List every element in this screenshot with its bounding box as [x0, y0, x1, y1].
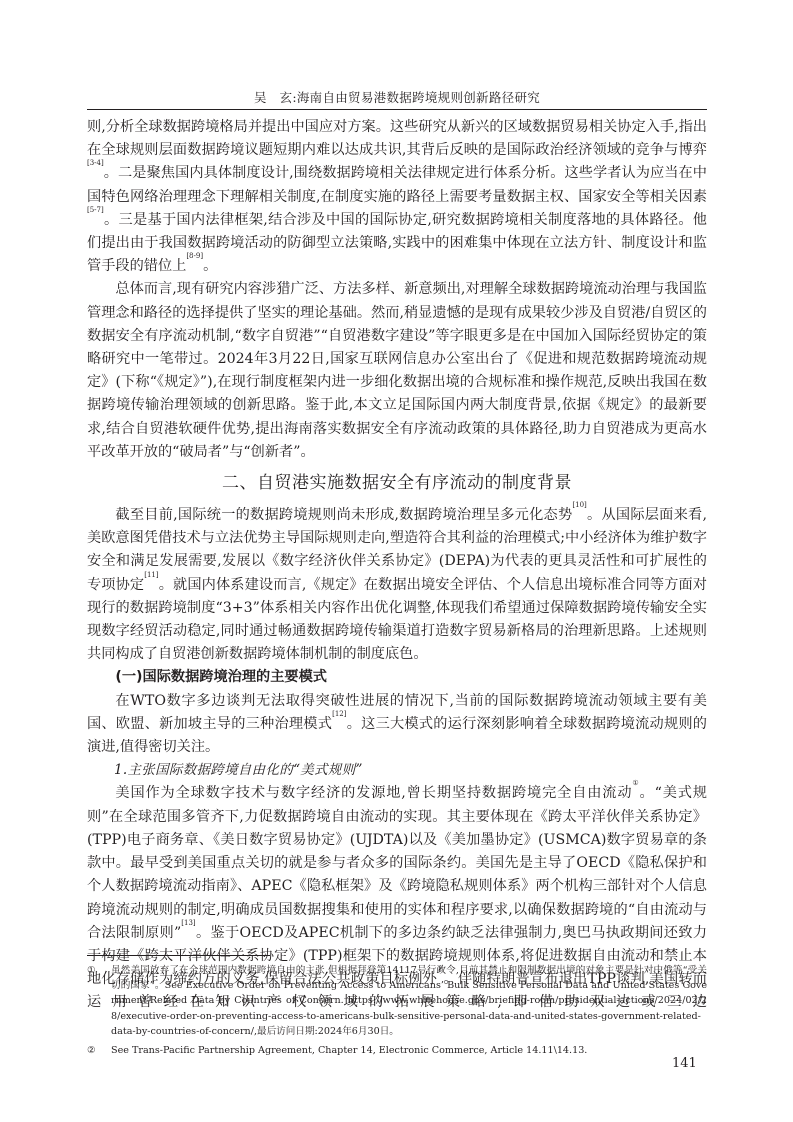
text-run: 总体而言,现有研究内容涉猎广泛、方法多样、新意频出,对理解全球数据跨境流动治理与… [87, 281, 707, 459]
text-run: 。就国内体系建设而言,《规定》在数据出境安全评估、个人信息出境标准合同等方面对现… [87, 577, 707, 663]
paragraph-three-models: 在WTO数字多边谈判无法取得突破性进展的情况下,当前的国际数据跨境流动领域主要有… [87, 690, 707, 760]
text-run: 。三是基于国内法律框架,结合涉及中国的国际协定,研究数据跨境相关制度落地的具体路… [87, 212, 707, 274]
footnote-text: 虽然美国放弃了在全球范围内数据跨境自由的主张,但根据拜登第14117号行政令,目… [111, 963, 707, 1039]
citation[interactable]: [8-9] [186, 252, 203, 260]
subsection-heading: (一)国际数据跨境治理的主要模式 [87, 666, 707, 689]
paragraph-summary: 总体而言,现有研究内容涉猎广泛、方法多样、新意频出,对理解全球数据跨境流动治理与… [87, 278, 707, 464]
citation[interactable]: [12] [332, 710, 346, 718]
article-body: 则,分析全球数据跨境格局并提出中国应对方案。这些研究从新兴的区域数据贸易相关协定… [87, 116, 707, 1015]
section-heading: 二、自贸港实施数据安全有序流动的制度背景 [87, 470, 707, 496]
page-number: 141 [672, 1056, 697, 1071]
paragraph-background: 截至目前,国际统一的数据跨境规则尚未形成,数据跨境治理呈多元化态势[10]。从国… [87, 504, 707, 666]
header-rule [87, 109, 707, 110]
subsubsection-heading: 1.主张国际数据跨境自由化的“美式规则” [87, 759, 707, 782]
text-run: 。“美式规则”在全球范围多管齐下,力促数据跨境自由流动的实现。其主要体现在《跨太… [87, 785, 707, 940]
citation[interactable]: [11] [144, 571, 158, 579]
footnote-1: ① 虽然美国放弃了在全球范围内数据跨境自由的主张,但根据拜登第14117号行政令… [87, 963, 707, 1039]
running-head-text: 吴 玄:海南自由贸易港数据跨境规则创新路径研究 [254, 90, 540, 105]
footnote-text: See Trans-Pacific Partnership Agreement,… [111, 1043, 707, 1058]
text-run: 截至目前,国际统一的数据跨境规则尚未形成,数据跨境治理呈多元化态势 [115, 507, 572, 523]
running-head: 吴 玄:海南自由贸易港数据跨境规则创新路径研究 [87, 88, 707, 106]
text-run: 美国作为全球数字技术与数字经济的发源地,曾长期坚持数据跨境完全自由流动 [115, 785, 632, 801]
citation[interactable]: [10] [572, 501, 586, 509]
footnote-2: ② See Trans-Pacific Partnership Agreemen… [87, 1043, 707, 1058]
paragraph-research-review: 则,分析全球数据跨境格局并提出中国应对方案。这些研究从新兴的区域数据贸易相关协定… [87, 116, 707, 278]
footnote-rule [87, 955, 270, 956]
text-run: 。二是聚焦国内具体制度设计,围绕数据跨境相关法律规定进行体系分析。这些学者认为应… [87, 165, 707, 204]
text-run: 则,分析全球数据跨境格局并提出中国应对方案。这些研究从新兴的区域数据贸易相关协定… [87, 119, 707, 158]
footnote-mark: ① [87, 963, 111, 1039]
citation[interactable]: [13] [181, 919, 195, 927]
citation[interactable]: [3-4] [87, 159, 104, 167]
footnotes: ① 虽然美国放弃了在全球范围内数据跨境自由的主张,但根据拜登第14117号行政令… [87, 963, 707, 1062]
footnote-ref[interactable]: ① [632, 779, 639, 787]
journal-page: 吴 玄:海南自由贸易港数据跨境规则创新路径研究 则,分析全球数据跨境格局并提出中… [0, 0, 793, 1122]
footnote-mark: ② [87, 1043, 111, 1058]
text-run: 。 [203, 258, 217, 274]
citation[interactable]: [5-7] [87, 206, 104, 214]
